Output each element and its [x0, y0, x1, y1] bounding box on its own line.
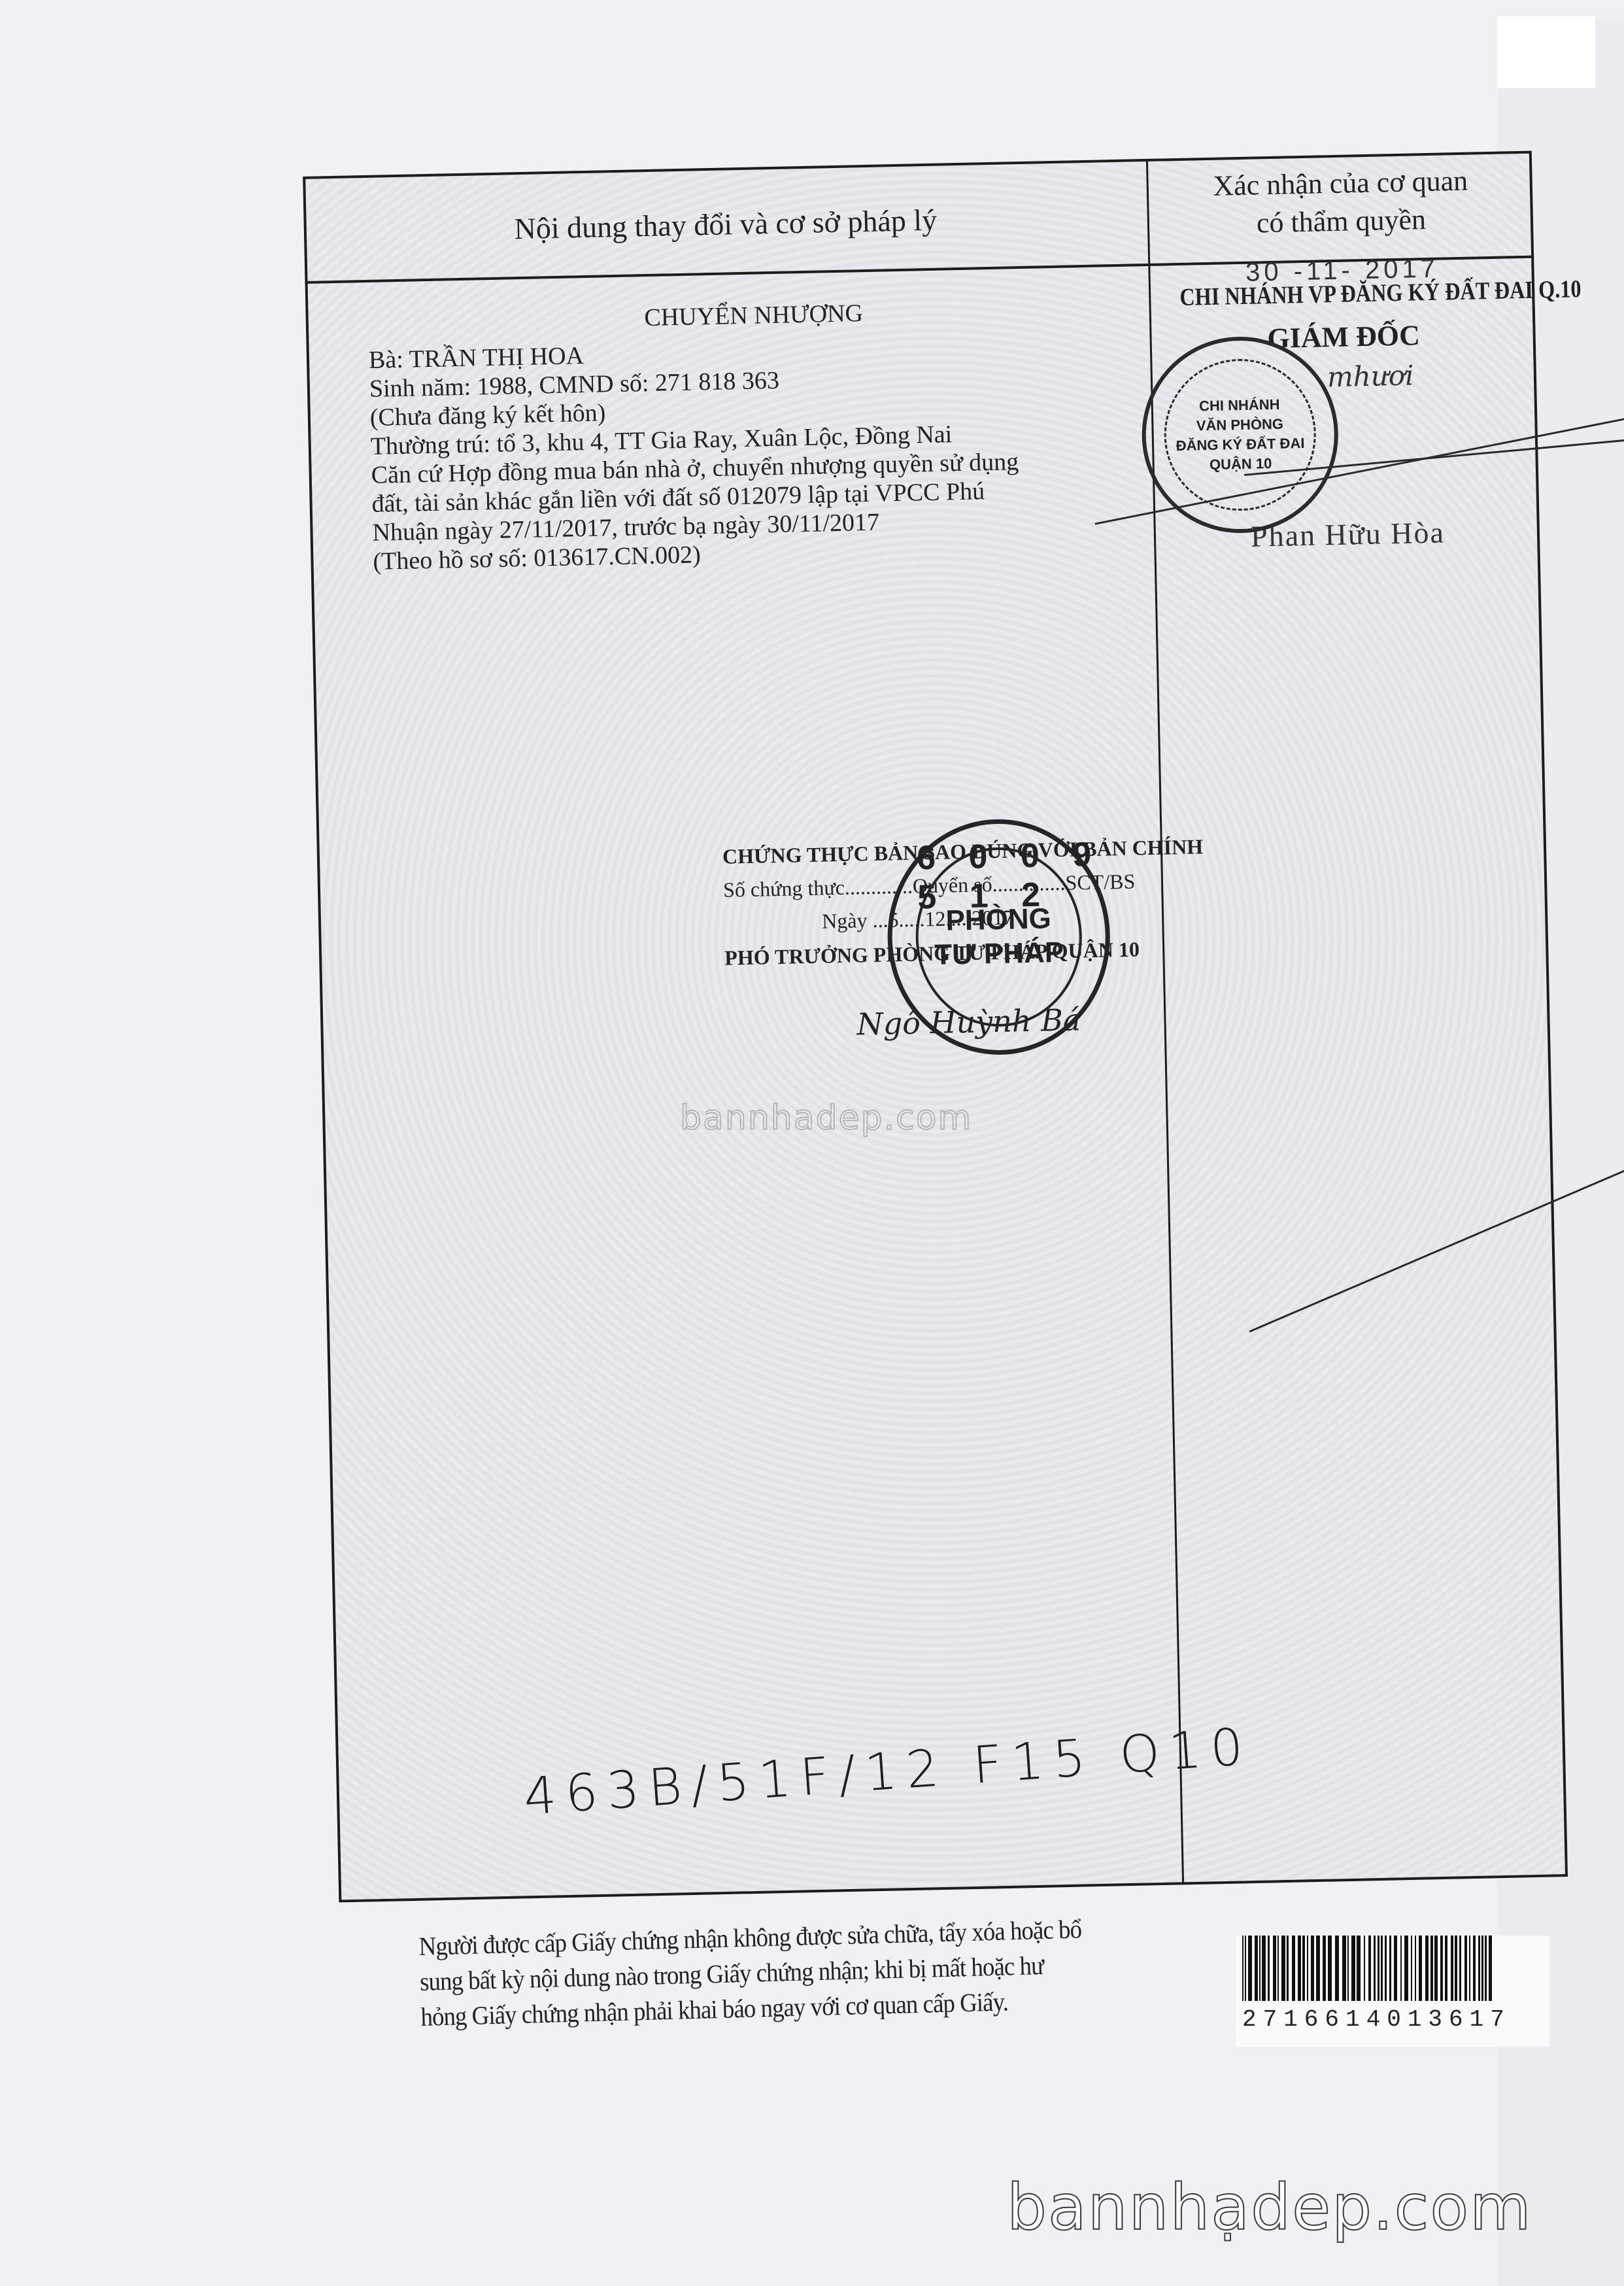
- seal-text: ĐĂNG KÝ ĐẤT ĐAI: [1176, 434, 1304, 456]
- barcode-bars-icon: [1242, 1936, 1543, 2001]
- director-signature: mhư⁠ơi: [1327, 359, 1414, 393]
- seal-text: VĂN PHÒNG: [1196, 415, 1284, 436]
- watermark-middle: bannhadep.com: [680, 1099, 972, 1138]
- header-authority-line2: có thẩm quyền: [1149, 199, 1533, 245]
- transfer-content: CHUYỂN NHƯỢNG Bà: TRẦN THỊ HOA Sinh năm:…: [367, 293, 1144, 576]
- holder-notice: Người được cấp Giấy chứng nhận không đượ…: [418, 1910, 1143, 2035]
- blank-label: [1497, 16, 1595, 88]
- header-authority-confirmation: Xác nhận của cơ quan có thẩm quyền: [1148, 161, 1533, 245]
- seal-text: QUẬN 10: [1210, 454, 1272, 475]
- seal-text: TƯ PHÁP: [934, 936, 1064, 972]
- barcode: 2716614013617: [1236, 1936, 1549, 2047]
- watermark-bottom: bannhạdep.com: [1007, 2171, 1532, 2244]
- confirmation-organization: CHI NHÁNH VP ĐĂNG KÝ ĐẤT ĐAI Q.10: [1179, 276, 1506, 311]
- barcode-number: 2716614013617: [1242, 2006, 1543, 2033]
- certificate-page: Nội dung thay đổi và cơ sở pháp lý Xác n…: [302, 115, 1568, 1919]
- seal-text: CHI NHÁNH: [1199, 395, 1280, 417]
- seal-text: PHÒNG: [945, 902, 1051, 938]
